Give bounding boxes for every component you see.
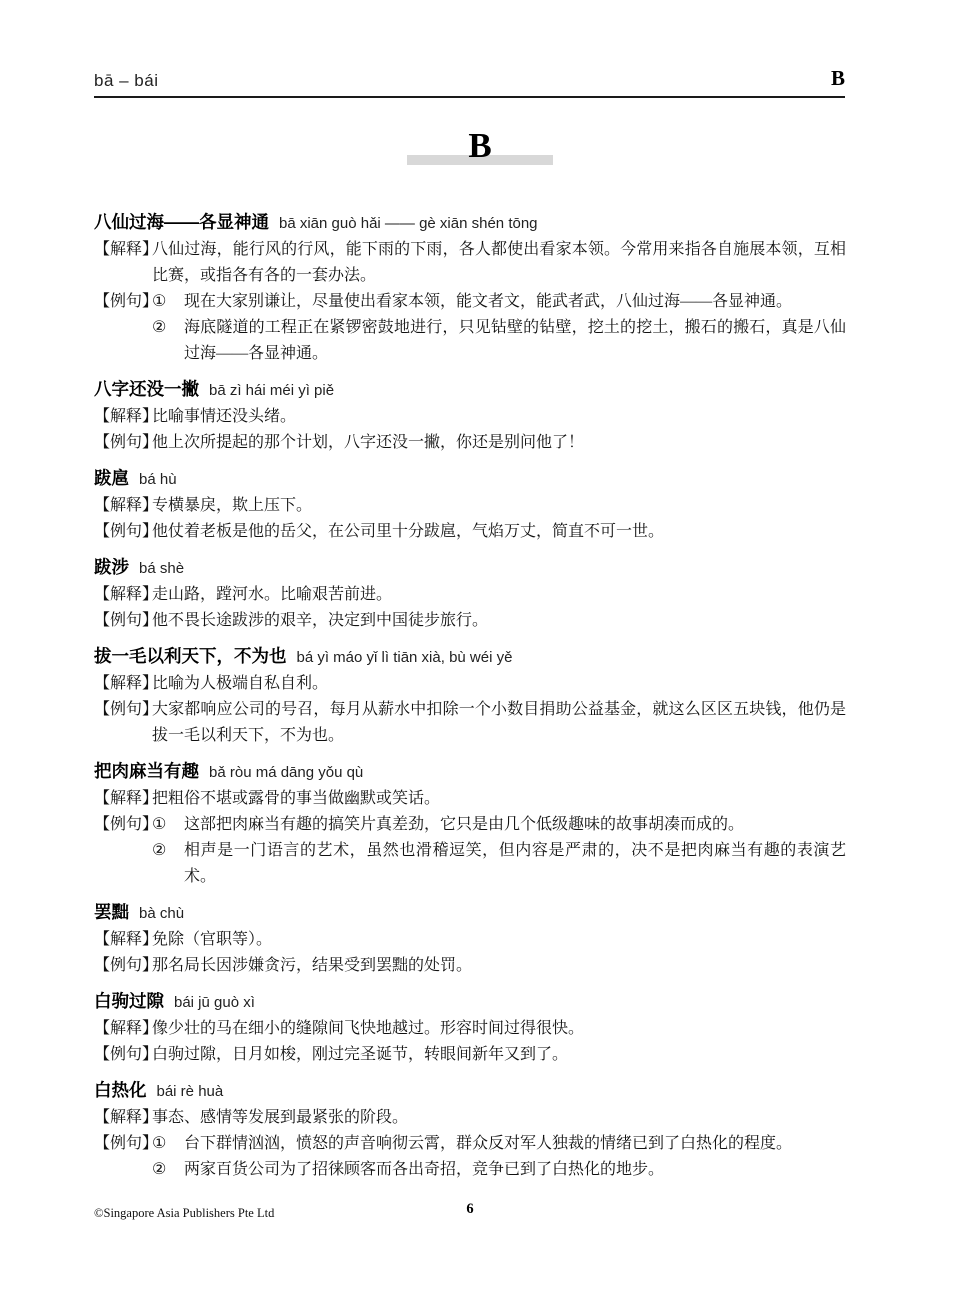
example-list: 他仗着老板是他的岳父，在公司里十分跋扈，气焰万丈，简直不可一世。 — [152, 519, 846, 545]
definition-row: 【解释】 走山路，蹚河水。比喻艰苦前进。 — [94, 582, 846, 608]
example-text: 大家都响应公司的号召，每月从薪水中扣除一个小数目捐助公益基金，就这么区区五块钱，… — [152, 697, 846, 749]
example-list: 他不畏长途跋涉的艰辛，决定到中国徒步旅行。 — [152, 608, 846, 634]
definition-text: 免除（官职等）。 — [152, 927, 846, 953]
example-row: 【例句】 ①现在大家别谦让，尽量使出看家本领，能文者文，能武者武，八仙过海——各… — [94, 289, 846, 367]
example-number: ① — [152, 1131, 184, 1157]
example-row: 【例句】 大家都响应公司的号召，每月从薪水中扣除一个小数目捐助公益基金，就这么区… — [94, 697, 846, 749]
example-row: 【例句】 ①台下群情汹汹，愤怒的声音响彻云霄，群众反对军人独裁的情绪已到了白热化… — [94, 1131, 846, 1183]
example-list: 大家都响应公司的号召，每月从薪水中扣除一个小数目捐助公益基金，就这么区区五块钱，… — [152, 697, 846, 749]
example-label: 【例句】 — [94, 812, 152, 890]
example-item: 他仗着老板是他的岳父，在公司里十分跋扈，气焰万丈，简直不可一世。 — [152, 519, 846, 545]
running-head: bā – bái B — [94, 66, 845, 98]
section-letter: B — [0, 126, 960, 166]
example-row: 【例句】 那名局长因涉嫌贪污，结果受到罢黜的处罚。 — [94, 953, 846, 979]
example-text: 海底隧道的工程正在紧锣密鼓地进行，只见钻壁的钻壁，挖土的挖土，搬石的搬石，真是八… — [184, 315, 846, 367]
example-label: 【例句】 — [94, 608, 152, 634]
entry-pinyin: bá hù — [139, 467, 177, 493]
example-list: 白驹过隙，日月如梭，刚过完圣诞节，转眼间新年又到了。 — [152, 1042, 846, 1068]
entry-pinyin: bà chù — [139, 901, 184, 927]
example-label: 【例句】 — [94, 289, 152, 367]
definition-text: 走山路，蹚河水。比喻艰苦前进。 — [152, 582, 846, 608]
definition-text: 像少壮的马在细小的缝隙间飞快地越过。形容时间过得很快。 — [152, 1016, 846, 1042]
definition-label: 【解释】 — [94, 237, 152, 289]
definition-label: 【解释】 — [94, 1016, 152, 1042]
dictionary-entry: 罢黜 bà chù 【解释】 免除（官职等）。 【例句】 那名局长因涉嫌贪污，结… — [94, 899, 846, 979]
definition-row: 【解释】 专横暴戾，欺上压下。 — [94, 493, 846, 519]
example-item: ②相声是一门语言的艺术，虽然也滑稽逗笑，但内容是严肃的，决不是把肉麻当有趣的表演… — [152, 838, 846, 890]
example-row: 【例句】 白驹过隙，日月如梭，刚过完圣诞节，转眼间新年又到了。 — [94, 1042, 846, 1068]
example-label: 【例句】 — [94, 430, 152, 456]
example-text: 两家百货公司为了招徕顾客而各出奇招，竞争已到了白热化的地步。 — [184, 1157, 846, 1183]
example-row: 【例句】 他不畏长途跋涉的艰辛，决定到中国徒步旅行。 — [94, 608, 846, 634]
running-head-range: bā – bái — [94, 71, 159, 91]
entry-headword: 拔一毛以利天下，不为也 — [94, 643, 287, 669]
entry-pinyin: bái rè huà — [157, 1079, 224, 1105]
entry-pinyin: bā xiān guò hǎi —— gè xiān shén tōng — [279, 211, 538, 237]
entry-pinyin: bái jū guò xì — [174, 990, 255, 1016]
definition-label: 【解释】 — [94, 786, 152, 812]
running-head-letter: B — [831, 66, 845, 91]
definition-row: 【解释】 事态、感情等发展到最紧张的阶段。 — [94, 1105, 846, 1131]
definition-text: 专横暴戾，欺上压下。 — [152, 493, 846, 519]
example-label: 【例句】 — [94, 519, 152, 545]
example-row: 【例句】 ①这部把肉麻当有趣的搞笑片真差劲，它只是由几个低级趣味的故事胡凑而成的… — [94, 812, 846, 890]
entry-headline: 白驹过隙 bái jū guò xì — [94, 988, 846, 1016]
entry-headline: 八仙过海——各显神通 bā xiān guò hǎi —— gè xiān sh… — [94, 209, 846, 237]
example-row: 【例句】 他仗着老板是他的岳父，在公司里十分跋扈，气焰万丈，简直不可一世。 — [94, 519, 846, 545]
example-text: 这部把肉麻当有趣的搞笑片真差劲，它只是由几个低级趣味的故事胡凑而成的。 — [184, 812, 846, 838]
dictionary-entry: 拔一毛以利天下，不为也 bá yì máo yǐ lì tiān xià, bù… — [94, 643, 846, 749]
dictionary-entry: 跋扈 bá hù 【解释】 专横暴戾，欺上压下。 【例句】 他仗着老板是他的岳父… — [94, 465, 846, 545]
example-label: 【例句】 — [94, 1131, 152, 1183]
example-label: 【例句】 — [94, 953, 152, 979]
example-text: 他不畏长途跋涉的艰辛，决定到中国徒步旅行。 — [152, 608, 846, 634]
example-item: 他上次所提起的那个计划，八字还没一撇，你还是别问他了！ — [152, 430, 846, 456]
example-list: ①现在大家别谦让，尽量使出看家本领，能文者文，能武者武，八仙过海——各显神通。②… — [152, 289, 846, 367]
example-list: ①这部把肉麻当有趣的搞笑片真差劲，它只是由几个低级趣味的故事胡凑而成的。②相声是… — [152, 812, 846, 890]
definition-text: 比喻为人极端自私自利。 — [152, 671, 846, 697]
example-label: 【例句】 — [94, 697, 152, 749]
definition-row: 【解释】 免除（官职等）。 — [94, 927, 846, 953]
entry-headline: 八字还没一撇 bā zì hái méi yì piě — [94, 376, 846, 404]
entry-headline: 罢黜 bà chù — [94, 899, 846, 927]
example-text: 白驹过隙，日月如梭，刚过完圣诞节，转眼间新年又到了。 — [152, 1042, 846, 1068]
example-item: ②两家百货公司为了招徕顾客而各出奇招，竞争已到了白热化的地步。 — [152, 1157, 846, 1183]
example-text: 那名局长因涉嫌贪污，结果受到罢黜的处罚。 — [152, 953, 846, 979]
entry-pinyin: bā zì hái méi yì piě — [209, 378, 334, 404]
dictionary-entry: 跋涉 bá shè 【解释】 走山路，蹚河水。比喻艰苦前进。 【例句】 他不畏长… — [94, 554, 846, 634]
example-row: 【例句】 他上次所提起的那个计划，八字还没一撇，你还是别问他了！ — [94, 430, 846, 456]
example-text: 相声是一门语言的艺术，虽然也滑稽逗笑，但内容是严肃的，决不是把肉麻当有趣的表演艺… — [184, 838, 846, 890]
example-item: 大家都响应公司的号召，每月从薪水中扣除一个小数目捐助公益基金，就这么区区五块钱，… — [152, 697, 846, 749]
example-number: ② — [152, 1157, 184, 1183]
entry-headline: 跋涉 bá shè — [94, 554, 846, 582]
definition-label: 【解释】 — [94, 1105, 152, 1131]
definition-text: 比喻事情还没头绪。 — [152, 404, 846, 430]
entry-headword: 八字还没一撇 — [94, 376, 199, 402]
definition-label: 【解释】 — [94, 493, 152, 519]
example-item: ②海底隧道的工程正在紧锣密鼓地进行，只见钻壁的钻壁，挖土的挖土，搬石的搬石，真是… — [152, 315, 846, 367]
example-item: ①这部把肉麻当有趣的搞笑片真差劲，它只是由几个低级趣味的故事胡凑而成的。 — [152, 812, 846, 838]
entry-headline: 跋扈 bá hù — [94, 465, 846, 493]
entry-headword: 白驹过隙 — [94, 988, 164, 1014]
definition-row: 【解释】 比喻事情还没头绪。 — [94, 404, 846, 430]
entry-headword: 罢黜 — [94, 899, 129, 925]
definition-text: 八仙过海，能行风的行风，能下雨的下雨，各人都使出看家本领。今常用来指各自施展本领… — [152, 237, 846, 289]
definition-label: 【解释】 — [94, 671, 152, 697]
example-text: 他上次所提起的那个计划，八字还没一撇，你还是别问他了！ — [152, 430, 846, 456]
entry-headword: 跋涉 — [94, 554, 129, 580]
example-item: ①台下群情汹汹，愤怒的声音响彻云霄，群众反对军人独裁的情绪已到了白热化的程度。 — [152, 1131, 846, 1157]
definition-row: 【解释】 八仙过海，能行风的行风，能下雨的下雨，各人都使出看家本领。今常用来指各… — [94, 237, 846, 289]
example-number: ① — [152, 812, 184, 838]
example-text: 台下群情汹汹，愤怒的声音响彻云霄，群众反对军人独裁的情绪已到了白热化的程度。 — [184, 1131, 846, 1157]
definition-label: 【解释】 — [94, 927, 152, 953]
example-item: 他不畏长途跋涉的艰辛，决定到中国徒步旅行。 — [152, 608, 846, 634]
dictionary-entry: 八字还没一撇 bā zì hái méi yì piě 【解释】 比喻事情还没头… — [94, 376, 846, 456]
dictionary-entry: 白热化 bái rè huà 【解释】 事态、感情等发展到最紧张的阶段。 【例句… — [94, 1077, 846, 1183]
entry-headword: 把肉麻当有趣 — [94, 758, 199, 784]
page-number: 6 — [94, 1201, 846, 1218]
definition-row: 【解释】 比喻为人极端自私自利。 — [94, 671, 846, 697]
entry-pinyin: bá yì máo yǐ lì tiān xià, bù wéi yě — [297, 645, 513, 671]
example-number: ② — [152, 315, 184, 367]
definition-row: 【解释】 把粗俗不堪或露骨的事当做幽默或笑话。 — [94, 786, 846, 812]
definition-label: 【解释】 — [94, 582, 152, 608]
entry-headword: 白热化 — [94, 1077, 147, 1103]
example-number: ② — [152, 838, 184, 890]
entry-headline: 白热化 bái rè huà — [94, 1077, 846, 1105]
example-label: 【例句】 — [94, 1042, 152, 1068]
example-text: 现在大家别谦让，尽量使出看家本领，能文者文，能武者武，八仙过海——各显神通。 — [184, 289, 846, 315]
definition-label: 【解释】 — [94, 404, 152, 430]
entry-headline: 把肉麻当有趣 bǎ ròu má dāng yǒu qù — [94, 758, 846, 786]
definition-row: 【解释】 像少壮的马在细小的缝隙间飞快地越过。形容时间过得很快。 — [94, 1016, 846, 1042]
dictionary-entry: 把肉麻当有趣 bǎ ròu má dāng yǒu qù 【解释】 把粗俗不堪或… — [94, 758, 846, 890]
example-list: 那名局长因涉嫌贪污，结果受到罢黜的处罚。 — [152, 953, 846, 979]
section-header: B — [0, 126, 960, 168]
dictionary-entry: 八仙过海——各显神通 bā xiān guò hǎi —— gè xiān sh… — [94, 209, 846, 367]
example-item: 那名局长因涉嫌贪污，结果受到罢黜的处罚。 — [152, 953, 846, 979]
entry-headword: 八仙过海——各显神通 — [94, 209, 269, 235]
example-number: ① — [152, 289, 184, 315]
definition-text: 事态、感情等发展到最紧张的阶段。 — [152, 1105, 846, 1131]
example-text: 他仗着老板是他的岳父，在公司里十分跋扈，气焰万丈，简直不可一世。 — [152, 519, 846, 545]
entry-headword: 跋扈 — [94, 465, 129, 491]
dictionary-entry: 白驹过隙 bái jū guò xì 【解释】 像少壮的马在细小的缝隙间飞快地越… — [94, 988, 846, 1068]
entry-pinyin: bǎ ròu má dāng yǒu qù — [209, 760, 363, 786]
entry-headline: 拔一毛以利天下，不为也 bá yì máo yǐ lì tiān xià, bù… — [94, 643, 846, 671]
example-list: ①台下群情汹汹，愤怒的声音响彻云霄，群众反对军人独裁的情绪已到了白热化的程度。②… — [152, 1131, 846, 1183]
entry-pinyin: bá shè — [139, 556, 184, 582]
example-item: ①现在大家别谦让，尽量使出看家本领，能文者文，能武者武，八仙过海——各显神通。 — [152, 289, 846, 315]
entries-list: 八仙过海——各显神通 bā xiān guò hǎi —— gè xiān sh… — [94, 209, 846, 1192]
example-item: 白驹过隙，日月如梭，刚过完圣诞节，转眼间新年又到了。 — [152, 1042, 846, 1068]
example-list: 他上次所提起的那个计划，八字还没一撇，你还是别问他了！ — [152, 430, 846, 456]
definition-text: 把粗俗不堪或露骨的事当做幽默或笑话。 — [152, 786, 846, 812]
